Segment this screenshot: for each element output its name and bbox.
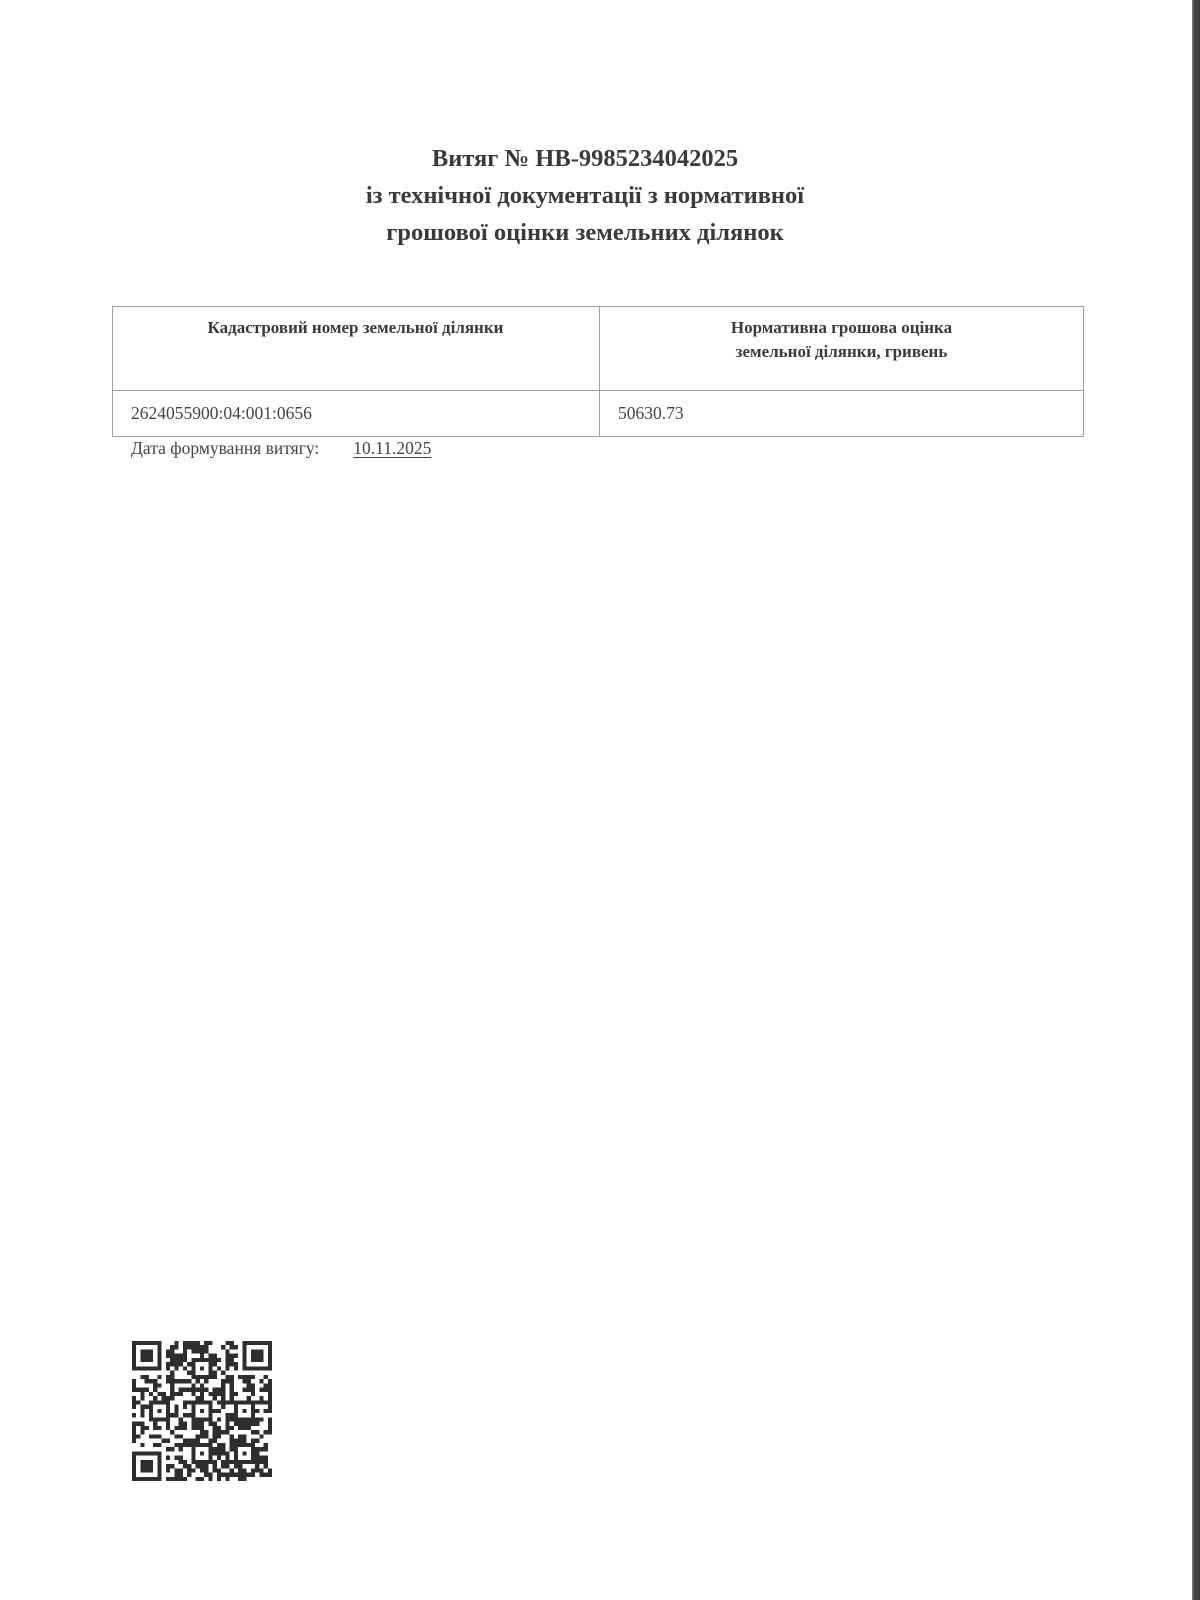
header-cadastral-number: Кадастровий номер земельної ділянки [113, 307, 600, 391]
extract-date-value: 10.11.2025 [353, 438, 431, 458]
title-line-subject: із технічної документації з нормативної [0, 177, 1170, 214]
qr-code-icon [132, 1338, 272, 1484]
table-row: 2624055900:04:001:0656 50630.73 [113, 391, 1084, 437]
header-normative-value: Нормативна грошова оцінка земельної діля… [600, 307, 1084, 391]
cell-cadastral-number: 2624055900:04:001:0656 [113, 391, 600, 437]
table-header-row: Кадастровий номер земельної ділянки Норм… [113, 307, 1084, 391]
title-line-extract-number: Витяг № НВ-9985234042025 [0, 140, 1170, 177]
extract-date-label: Дата формування витягу: [131, 438, 319, 458]
document-title: Витяг № НВ-9985234042025 із технічної до… [0, 140, 1170, 251]
title-line-subject-cont: грошової оцінки земельних ділянок [0, 214, 1170, 251]
extract-date: Дата формування витягу:10.11.2025 [131, 438, 431, 459]
scan-edge-artifact [1192, 0, 1200, 1600]
valuation-table: Кадастровий номер земельної ділянки Норм… [112, 306, 1084, 437]
cell-normative-value: 50630.73 [600, 391, 1084, 437]
